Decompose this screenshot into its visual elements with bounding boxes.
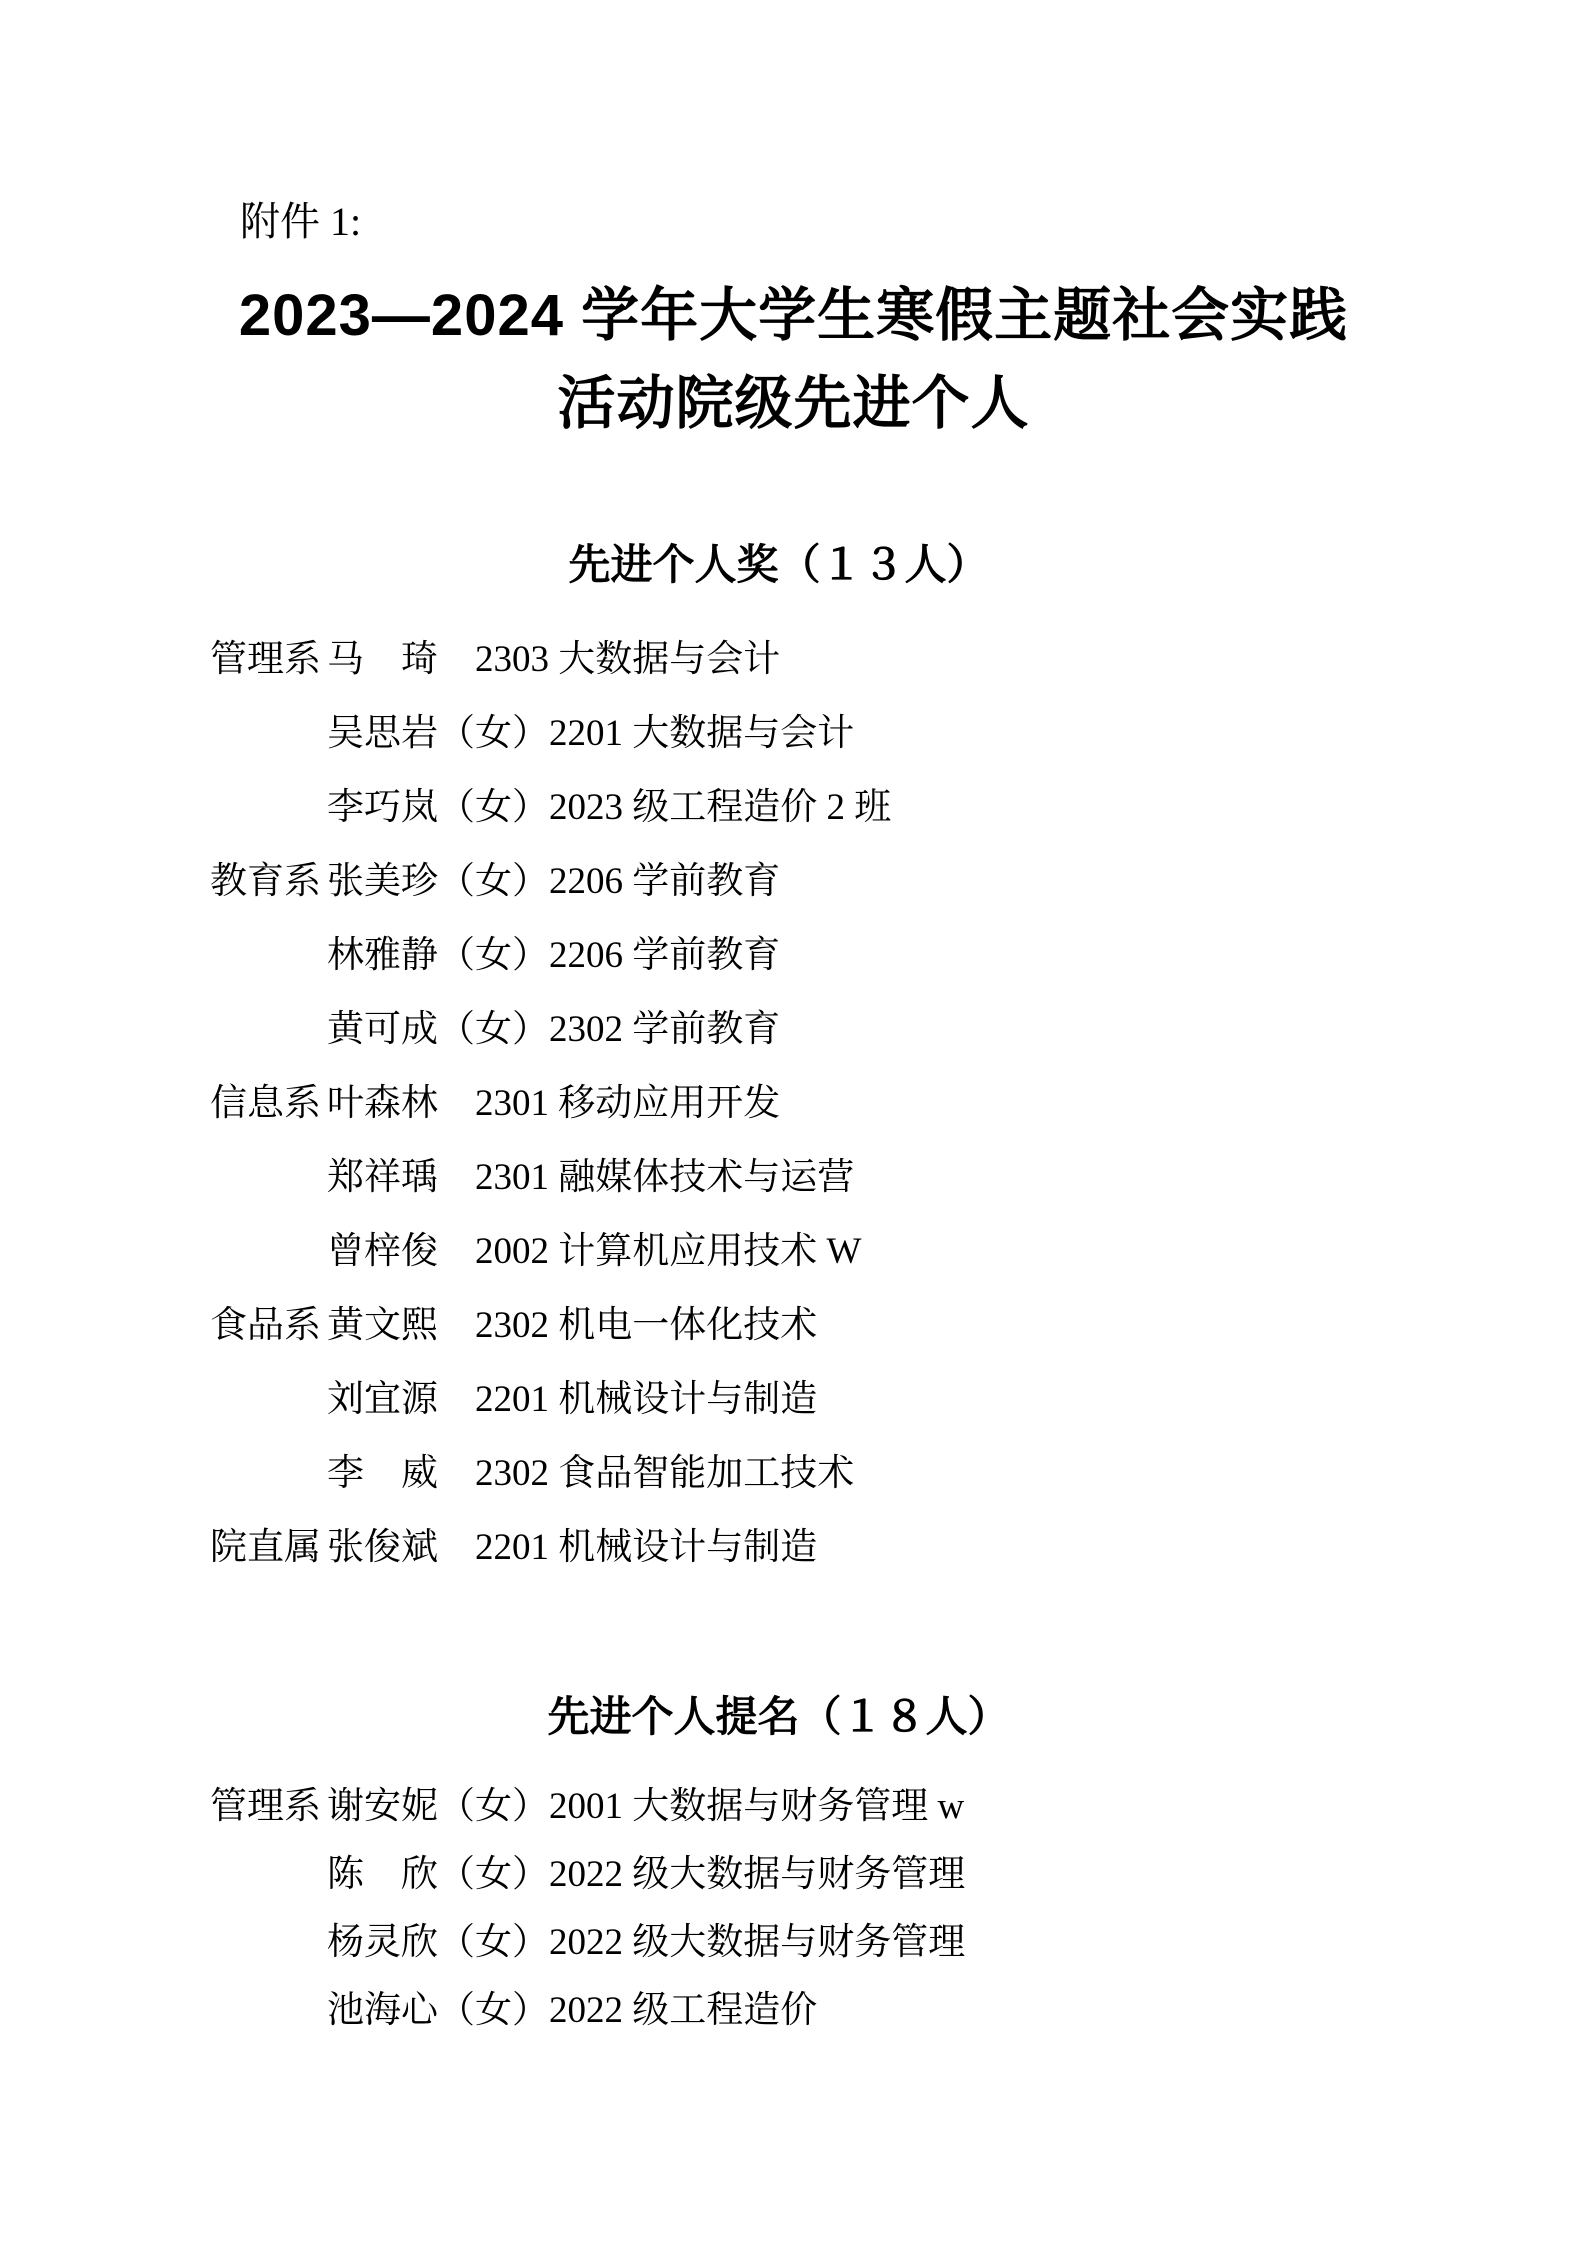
dept-label: 管理系	[210, 1775, 327, 1829]
entry-text: 谢安妮（女）2001 大数据与财务管理 w	[327, 1775, 964, 1829]
entry-text: 李巧岚（女）2023 级工程造价 2 班	[327, 776, 891, 830]
dept-label: 信息系	[210, 1072, 327, 1126]
award-entry-row: 李巧岚（女）2023 级工程造价 2 班	[210, 766, 891, 840]
dept-label: 管理系	[210, 628, 327, 682]
entry-text: 曾梓俊 2002 计算机应用技术 W	[327, 1220, 861, 1274]
dept-label: 教育系	[210, 850, 327, 904]
attachment-label: 附件 1:	[240, 198, 361, 246]
entry-text: 叶森林 2301 移动应用开发	[327, 1072, 780, 1126]
entry-text: 张俊斌 2201 机械设计与制造	[327, 1516, 817, 1570]
entry-text: 池海心（女）2022 级工程造价	[327, 1979, 817, 2033]
entry-text: 黄可成（女）2302 学前教育	[327, 998, 780, 1052]
award-entry-row: 曾梓俊 2002 计算机应用技术 W	[210, 1210, 891, 1284]
nomination-entry-row: 陈 欣（女）2022 级大数据与财务管理	[210, 1836, 965, 1904]
entry-text: 刘宜源 2201 机械设计与制造	[327, 1368, 817, 1422]
dept-label: 食品系	[210, 1294, 327, 1348]
entry-text: 马 琦 2303 大数据与会计	[327, 628, 780, 682]
document-page: 附件 1: 2023—2024 学年大学生寒假主题社会实践 活动院级先进个人 先…	[0, 0, 1587, 2245]
award-entry-row: 管理系马 琦 2303 大数据与会计	[210, 618, 891, 692]
dept-label: 院直属	[210, 1516, 327, 1570]
nomination-entry-row: 杨灵欣（女）2022 级大数据与财务管理	[210, 1904, 965, 1972]
document-title: 2023—2024 学年大学生寒假主题社会实践 活动院级先进个人	[0, 272, 1587, 448]
award-entry-row: 刘宜源 2201 机械设计与制造	[210, 1358, 891, 1432]
entry-text: 张美珍（女）2206 学前教育	[327, 850, 780, 904]
award-entry-row: 信息系叶森林 2301 移动应用开发	[210, 1062, 891, 1136]
entry-text: 吴思岩（女）2201 大数据与会计	[327, 702, 854, 756]
section-heading-nomination: 先进个人提名（１８人）	[0, 1692, 1557, 1742]
nomination-entry-row: 池海心（女）2022 级工程造价	[210, 1972, 965, 2040]
award-entry-row: 林雅静（女）2206 学前教育	[210, 914, 891, 988]
nomination-list: 管理系谢安妮（女）2001 大数据与财务管理 w 陈 欣（女）2022 级大数据…	[210, 1768, 965, 2040]
section-heading-award: 先进个人奖（１３人）	[0, 540, 1557, 590]
nomination-entry-row: 管理系谢安妮（女）2001 大数据与财务管理 w	[210, 1768, 965, 1836]
entry-text: 郑祥瑀 2301 融媒体技术与运营	[327, 1146, 854, 1200]
award-entry-row: 院直属张俊斌 2201 机械设计与制造	[210, 1506, 891, 1580]
award-entry-row: 教育系张美珍（女）2206 学前教育	[210, 840, 891, 914]
entry-text: 李 威 2302 食品智能加工技术	[327, 1442, 854, 1496]
award-entry-row: 吴思岩（女）2201 大数据与会计	[210, 692, 891, 766]
entry-text: 黄文熙 2302 机电一体化技术	[327, 1294, 817, 1348]
award-entry-row: 李 威 2302 食品智能加工技术	[210, 1432, 891, 1506]
award-list: 管理系马 琦 2303 大数据与会计 吴思岩（女）2201 大数据与会计 李巧岚…	[210, 618, 891, 1580]
entry-text: 林雅静（女）2206 学前教育	[327, 924, 780, 978]
document-title-line2: 活动院级先进个人	[0, 360, 1587, 448]
award-entry-row: 郑祥瑀 2301 融媒体技术与运营	[210, 1136, 891, 1210]
entry-text: 陈 欣（女）2022 级大数据与财务管理	[327, 1843, 965, 1897]
document-title-line1: 2023—2024 学年大学生寒假主题社会实践	[0, 272, 1587, 360]
entry-text: 杨灵欣（女）2022 级大数据与财务管理	[327, 1911, 965, 1965]
award-entry-row: 食品系黄文熙 2302 机电一体化技术	[210, 1284, 891, 1358]
award-entry-row: 黄可成（女）2302 学前教育	[210, 988, 891, 1062]
